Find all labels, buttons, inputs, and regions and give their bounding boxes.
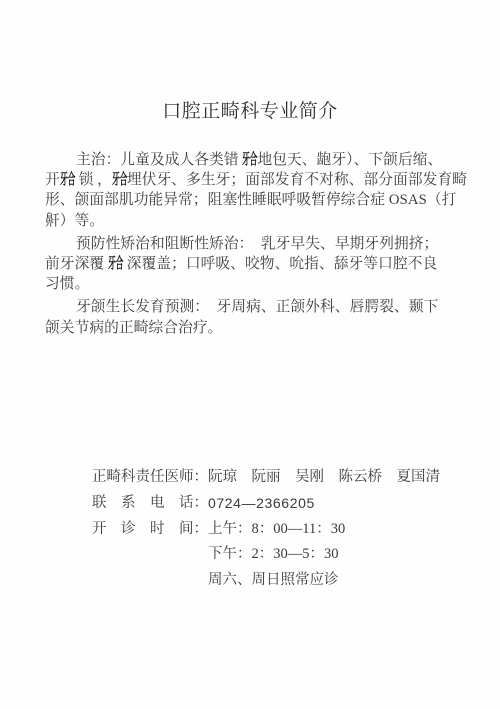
paragraph: 主治：儿童及成人各类错 牙合地包天、龅牙）、下颌后缩、开牙合 锁 ，牙合埋伏牙、… [45,150,464,231]
text-run: 形、颌面部肌功能异常；阻塞性睡眠呼吸暂停综合症 OSAS（打 [45,192,456,208]
doctors-line: 正畸科责任医师： 阮琼 阮丽 吴刚 陈云桥 夏国清 [92,465,480,491]
hours-label: 开 诊 时 间： [92,517,208,543]
text-line: 形、颌面部肌功能异常；阻塞性睡眠呼吸暂停综合症 OSAS（打 [45,190,464,210]
phone-number: 0724—2366205 [208,491,315,517]
text-line: 预防性矫治和阻断性矫治： 乳牙早失、早期牙列拥挤； [45,234,464,254]
text-run: 牙颌生长发育预测： 牙周病、正颌外科、唇腭裂、颞下 [76,299,438,315]
doctors-label: 正畸科责任医师： [92,465,208,491]
weekend-spacer [92,568,208,594]
text-run: 深覆盖；口呼吸、咬物、吮指、舔牙等口腔不良 [123,256,437,272]
text-run: 前牙深覆 [45,256,108,272]
text-line: 主治：儿童及成人各类错 牙合地包天、龅牙）、下颌后缩、 [45,150,464,170]
ya-he-composite-glyph: 牙合 [108,254,123,274]
text-run: 地包天、龅牙）、下颌后缩、 [257,152,442,168]
doctors-names: 阮琼 阮丽 吴刚 陈云桥 夏国清 [208,465,440,491]
text-line: 牙颌生长发育预测： 牙周病、正颌外科、唇腭裂、颞下 [45,297,464,317]
document-page: 口腔正畸科专业简介 主治：儿童及成人各类错 牙合地包天、龅牙）、下颌后缩、开牙合… [0,0,500,709]
text-line: 颌关节病的正畸综合治疗。 [45,318,464,338]
weekend-notice-line: 周六、周日照常应诊 [92,568,480,594]
ya-he-composite-glyph: 牙合 [60,170,75,190]
hours-pm-spacer [92,542,208,568]
ya-he-composite-glyph: 牙合 [112,170,127,190]
text-line: 鼾）等。 [45,211,464,231]
text-run: 预防性矫治和阻断性矫治： 乳牙早失、早期牙列拥挤； [76,236,438,252]
hours-am-line: 开 诊 时 间： 上午：8：00—11：30 [92,517,480,543]
paragraph: 预防性矫治和阻断性矫治： 乳牙早失、早期牙列拥挤；前牙深覆 牙合 深覆盖；口呼吸… [45,234,464,295]
text-run: 鼾）等。 [45,213,104,229]
phone-label: 联 系 电 话： [92,491,208,517]
text-run: 习惯。 [45,276,89,292]
weekend-notice: 周六、周日照常应诊 [208,568,339,594]
text-line: 习惯。 [45,274,464,294]
ya-he-composite-glyph: 牙合 [242,150,257,170]
contact-footer: 正畸科责任医师： 阮琼 阮丽 吴刚 陈云桥 夏国清 联 系 电 话： 0724—… [92,465,480,594]
text-line: 前牙深覆 牙合 深覆盖；口呼吸、咬物、吮指、舔牙等口腔不良 [45,254,464,274]
text-run: 颌关节病的正畸综合治疗。 [45,320,222,336]
hours-pm-value: 下午：2：30—5：30 [208,542,339,568]
text-run: 开 [45,172,60,188]
hours-pm-line: 下午：2：30—5：30 [92,542,480,568]
text-run: 主治：儿童及成人各类错 [76,152,242,168]
text-run: 锁 ， [75,172,112,188]
hours-am-value: 上午：8：00—11：30 [208,517,345,543]
text-line: 开牙合 锁 ，牙合埋伏牙、多生牙；面部发育不对称、部分面部发育畸 [45,170,464,190]
document-title: 口腔正畸科专业简介 [0,96,500,123]
body-text: 主治：儿童及成人各类错 牙合地包天、龅牙）、下颌后缩、开牙合 锁 ，牙合埋伏牙、… [45,150,464,341]
paragraph: 牙颌生长发育预测： 牙周病、正颌外科、唇腭裂、颞下颌关节病的正畸综合治疗。 [45,297,464,337]
phone-line: 联 系 电 话： 0724—2366205 [92,491,480,517]
text-run: 埋伏牙、多生牙；面部发育不对称、部分面部发育畸 [127,172,467,188]
